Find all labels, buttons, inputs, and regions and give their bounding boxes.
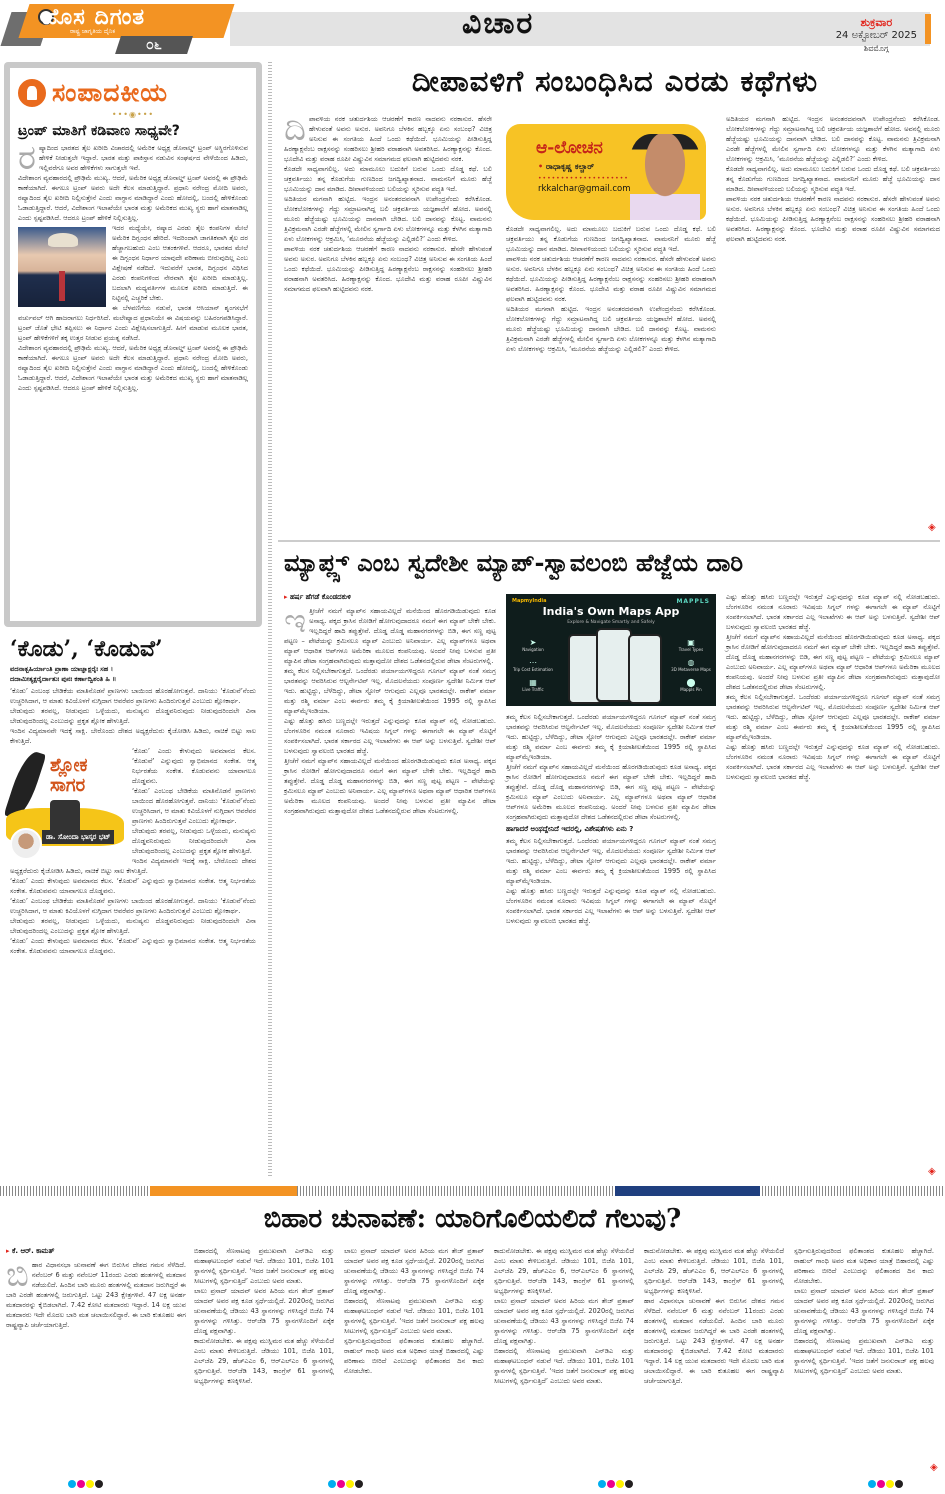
mappls-app-image: MapmyIndia MAPPLS India's Own Maps App E…: [506, 594, 716, 706]
feature-label: Live Traffic: [522, 687, 543, 692]
paragraph: ಸ್ಪರ್ಧಿಸುತ್ತಿರುವುದರಿಂದ ಫಲಿತಾಂಶದ ಕುತೂಹಲ ಹ…: [344, 1336, 484, 1376]
newspaper-name: ಹೊಸ ದಿಗಂತ: [42, 4, 145, 30]
drop-cap: ಬಿ: [6, 1260, 29, 1290]
paragraph: ಹಾರ ವಿಧಾನಸಭಾ ಚುನಾವಣೆ ಈಗ ಬಿರುಸಿನ ದೇಶದ ಗಮನ…: [644, 1296, 784, 1386]
sanskrit-verse: ವದನಾತ್ಬಹಿರ್ಯಾಂತಿ ಪ್ರಾಣಾ ಯಾಚ್ಞಾಕ್ಷರೈಃ ಸಹ …: [10, 664, 256, 684]
maps-column-2: ತಮ್ಮ ಕೆಲಸ ನಿಲ್ಲಿಸಬೇಕಾಗುತ್ತದೆ. ಒಂದೆರಡು ಪರ…: [506, 712, 716, 926]
verse-line: ವದನಾತ್ಬಹಿರ್ಯಾಂತಿ ಪ್ರಾಣಾ ಯಾಚ್ಞಾಕ್ಷರೈಃ ಸಹ …: [10, 664, 256, 674]
dateline: ಶುಕ್ರವಾರ 24 ಅಕ್ಟೋಬರ್ 2025 ಶಿವಮೊಗ್ಗ: [836, 16, 917, 55]
page-number-text: ೦೬: [146, 36, 162, 54]
editorial-body: ರ ಷ್ಯಾದಿಂದ ಭಾರತದ ತೈಲ ಖರೀದಿ ವಿಚಾರದಲ್ಲಿ ಅಮ…: [18, 143, 248, 393]
maps-headline: ಮ್ಯಾಪ್ಲ್ಸ್ ಎಂಬ ಸ್ವದೇಶೀ ಮ್ಯಾಪ್-ಸ್ವಾವಲಂಬಿ …: [284, 548, 944, 577]
byline: ಕೆ. ಆರ್. ಕಾಮತ್: [6, 1246, 186, 1256]
shloka-body: ‘ಕೊಡು’ ಎಂಬಂಥ ಬೇಡಿಕೆಯ ಮಾತಿನೊಡನೆ ಪ್ರಾಣಗಳು …: [10, 686, 256, 956]
editorial-label: ಸಂಪಾದಕೀಯ: [52, 78, 168, 108]
paragraph: ತ್ತೀಚೆಗೆ ನಮಗೆ ಮ್ಯಾಪ್‌ನ ಸಹಾಯವಿಲ್ಲದೆ ಮನೆಯಿ…: [506, 762, 716, 822]
divider-blue-block: [615, 1186, 760, 1196]
maps-column-3: ಎಷ್ಟು ಹೊತ್ತು ಹಸಿರು ಬಣ್ಣದಲ್ಲೇ ಇರುತ್ತದೆ ಎನ…: [726, 592, 940, 782]
diwali-column-2: ಕೊಡದೇ ಸಾಧ್ಯವಾಗಲಿಲ್ಲ. ಅದು ಮಾಮೂಲು ಬದುಕಿಗೆ …: [506, 224, 716, 354]
black-dot: [95, 1480, 103, 1488]
editorial-headline: ಟ್ರಂಪ್ ಮಾತಿಗೆ ಕಡಿವಾಣ ಸಾಧ್ಯವೇ?: [18, 123, 248, 139]
paragraph: ತಮ್ಮ ಕೆಲಸ ನಿಲ್ಲಿಸಬೇಕಾಗುತ್ತದೆ. ಒಂದೆರಡು ಪರ…: [506, 836, 716, 886]
shloka-headline: ‘ಕೊಡು’, ‘ಕೊಡುವೆ’: [10, 636, 256, 662]
bihar-column-3: ಲಾಲು ಪ್ರಸಾದ್ ಯಾದವ್ ಅವರ ಹಿರಿಯ ಮಗ ತೇಜ್ ಪ್ರ…: [344, 1246, 484, 1376]
cyan-dot: [68, 1480, 76, 1488]
page-number: ೦೬: [115, 36, 193, 54]
masthead: ಹೊಸ ದಿಗಂತ ರಾಷ್ಟ್ರ ಜಾಗೃತಿಯ ದೈನಿಕ ೦೬ ವಿಚಾರ…: [0, 0, 945, 48]
paragraph: ಲಾಲು ಪ್ರಸಾದ್ ಯಾದವ್ ಅವರ ಹಿರಿಯ ಮಗ ತೇಜ್ ಪ್ರ…: [494, 1296, 634, 1346]
paragraph: ‘ಕೊಡು’ ಎಂಬಂಥ ಬೇಡಿಕೆಯ ಮಾತಿನೊಡನೆ ಪ್ರಾಣಗಳು …: [10, 686, 256, 706]
feature-label: Mappls Pin: [680, 687, 701, 692]
paragraph: ಪಾವಳಿಯ ನರಕ ಚತುರ್ದಶಿಯ ಆಚರಣೆಗೆ ಕಾರಣ ನಾದವನು…: [726, 194, 940, 244]
feature-label: 3D Metaverse Maps: [671, 667, 711, 672]
feature-label: Travel Types: [679, 647, 703, 652]
verse-line: ದದಾಮೀತ್ಯಕ್ಷರೈರ್ದಾತುಃ ಪುನಃ ಕರ್ಣಾದ್ವಿಶಂತಿ …: [10, 674, 256, 684]
paragraph: ಕೊಡದೇ ಸಾಧ್ಯವಾಗಲಿಲ್ಲ. ಅದು ಮಾಮೂಲು ಬದುಕಿಗೆ …: [506, 224, 716, 254]
alochana-column-badge: ಆ-ಲೋಚನ ರಾಧಾಕೃಷ್ಣ ಕಲ್ಚಾರ್ •••••••••••••••…: [506, 124, 706, 220]
paragraph: ಷ್ಯಾದಿಂದ ಭಾರತದ ತೈಲ ಖರೀದಿ ವಿಚಾರದಲ್ಲಿ ಅಮೆರ…: [18, 143, 248, 173]
ornament-divider: •••◉•••: [18, 110, 248, 119]
route-icon: ⋯: [512, 658, 554, 667]
shloka-sagara-section: ‘ಕೊಡು’, ‘ಕೊಡುವೆ’ ವದನಾತ್ಬಹಿರ್ಯಾಂತಿ ಪ್ರಾಣಾ…: [4, 630, 262, 1178]
author-avatar: [10, 828, 42, 860]
map-pin-icon: ⬤: [670, 678, 712, 687]
traffic-icon: ▦: [512, 678, 554, 687]
masthead-grey-band: [230, 12, 930, 46]
black-dot: [625, 1480, 633, 1488]
diwali-headline: ದೀಪಾವಳಿಗೆ ಸಂಬಂಧಿಸಿದ ಎರಡು ಕಥೆಗಳು: [290, 64, 940, 99]
paragraph: ಎಷ್ಟು ಹೊತ್ತು ಹಸಿರು ಬಣ್ಣದಲ್ಲೇ ಇರುತ್ತದೆ ಎನ…: [726, 742, 940, 782]
feature-label: Trip Cost Estimation: [513, 667, 553, 672]
donald-trump-photo: [18, 227, 106, 307]
maps-column-1: ಹರ್ಷ ಹೆಗಡೆ ಕೊಂಡದಕುಳಿ ಇ ತ್ತೀಚೆಗೆ ನಮಗೆ ಮ್ಯ…: [284, 592, 496, 816]
magenta-dot: [337, 1480, 345, 1488]
paragraph: ಬೇಡುವುದು ತರವಲ್ಲ, ನೀಡುವುದು ಒಳ್ಳೆಯದು, ಮನುಷ…: [10, 706, 256, 726]
paragraph: ಇಂದಿನ ವಿದ್ಯಮಾನವೇ ಇದಕ್ಕೆ ಸಾಕ್ಷಿ. ಬೇರೊಂದು …: [10, 726, 256, 746]
magenta-dot: [877, 1480, 885, 1488]
paragraph: ಬೇಡುವುದು ತರವಲ್ಲ, ನೀಡುವುದು ಒಳ್ಳೆಯದು, ಮನುಷ…: [10, 916, 256, 936]
feature-live-traffic: ▦Live Traffic: [512, 678, 554, 692]
drop-cap: ರ: [18, 143, 36, 173]
paragraph: ಪಾವಳಿಯ ನರಕ ಚತುರ್ದಶಿಯ ಆಚರಣೆಗೆ ಕಾರಣ ನಾದವನು…: [284, 114, 492, 164]
bihar-column-5: ಕಾದುನೋಡಬೇಕು. ಈ ಪಕ್ಷವು ಮುಸ್ಲಿಮರ ಮತ ಹೆಚ್ಚು…: [644, 1246, 784, 1386]
editorial-content: ಸಂಪಾದಕೀಯ •••◉••• ಟ್ರಂಪ್ ಮಾತಿಗೆ ಕಡಿವಾಣ ಸಾ…: [10, 68, 256, 621]
paragraph: ಪಾವಳಿಯ ನರಕ ಚತುರ್ದಶಿಯ ಆಚರಣೆಗೆ ಕಾರಣ ನಾದವನು…: [284, 244, 492, 294]
paragraph: ಕೊಡದೇ ಸಾಧ್ಯವಾಗಲಿಲ್ಲ. ಅದು ಮಾಮೂಲು ಬದುಕಿಗೆ …: [726, 164, 940, 194]
feature-trip-cost: ⋯Trip Cost Estimation: [512, 658, 554, 672]
paragraph: ತ್ತೀಚೆಗೆ ನಮಗೆ ಮ್ಯಾಪ್‌ನ ಸಹಾಯವಿಲ್ಲದೆ ಮನೆಯಿ…: [284, 756, 496, 816]
paragraph: ‘ಕೊಡು’ ಎಂದು ಕೇಳುವುದು ಅವಮಾನದ ಕೆಲಸ. ‘ಕೊಡುವ…: [10, 876, 256, 896]
image-subtitle: Explore & Navigate Smartly and Safely: [506, 620, 716, 625]
paragraph: ಪಾವಳಿಯ ನರಕ ಚತುರ್ದಶಿಯ ಆಚರಣೆಗೆ ಕಾರಣ ನಾದವನು…: [506, 254, 716, 304]
paragraph: ಎಷ್ಟು ಹೊತ್ತು ಹಸಿರು ಬಣ್ಣದಲ್ಲೇ ಇರುತ್ತದೆ ಎನ…: [284, 716, 496, 756]
section-title: ವಿಚಾರ: [462, 6, 534, 41]
author-email: rkkalchar@gmail.com: [538, 184, 631, 194]
bihar-headline: ಬಿಹಾರ ಚುನಾವಣೆ: ಯಾರಿಗೊಲಿಯಲಿದೆ ಗೆಲುವು?: [0, 1204, 945, 1235]
diwali-column-1: ದಿ ಪಾವಳಿಯ ನರಕ ಚತುರ್ದಶಿಯ ಆಚರಣೆಗೆ ಕಾರಣ ನಾದ…: [284, 114, 492, 294]
yellow-dot: [346, 1480, 354, 1488]
paragraph: ‘ಕೊಡು’ ಎಂಬಂಥ ಬೇಡಿಕೆಯ ಮಾತಿನೊಡನೆ ಪ್ರಾಣಗಳು …: [10, 896, 256, 916]
story-end-icon: ◈: [928, 1166, 936, 1177]
weekday: ಶುಕ್ರವಾರ: [836, 16, 917, 29]
drop-cap: ಇ: [284, 606, 306, 636]
editorial-header: ಸಂಪಾದಕೀಯ: [18, 78, 248, 108]
paragraph: ತ್ತೀಚೆಗೆ ನಮಗೆ ಮ್ಯಾಪ್‌ನ ಸಹಾಯವಿಲ್ಲದೆ ಮನೆಯಿ…: [284, 606, 496, 666]
paragraph: ಲಾಲು ಪ್ರಸಾದ್ ಯಾದವ್ ಅವರ ಹಿರಿಯ ಮಗ ತೇಜ್ ಪ್ರ…: [194, 1286, 334, 1336]
yellow-dot: [86, 1480, 94, 1488]
paragraph: ‘ಕೊಡು’ ಎಂದು ಕೇಳುವುದು ಅವಮಾನದ ಕೆಲಸ. ‘ಕೊಡುವ…: [10, 936, 256, 956]
story-end-icon: ◈: [928, 522, 936, 533]
paragraph: ತ್ತೀಚೆಗೆ ನಮಗೆ ಮ್ಯಾಪ್‌ನ ಸಹಾಯವಿಲ್ಲದೆ ಮನೆಯಿ…: [726, 632, 940, 692]
bihar-column-2: ಬಿಹಾರದಲ್ಲಿ ಸೆಣಸಾಟವು ಪ್ರಮುಖವಾಗಿ ಎನ್‌ಡಿಎ ಮ…: [194, 1246, 334, 1386]
paragraph: ಕಾದುನೋಡಬೇಕು. ಈ ಪಕ್ಷವು ಮುಸ್ಲಿಮರ ಮತ ಹೆಚ್ಚು…: [494, 1246, 634, 1296]
divider-orange-block: [150, 1186, 297, 1196]
column-divider: [268, 62, 272, 1178]
drop-cap: ದಿ: [284, 114, 306, 144]
feature-mappls-pin: ⬤Mappls Pin: [670, 678, 712, 692]
paragraph: ವಿದೇಶಾಂಗ ವ್ಯವಹಾರದಲ್ಲಿ ಪ್ರೌಢಿಮೆ ಮುಖ್ಯ. ಆದ…: [18, 173, 248, 223]
paragraph: ಕಾದುನೋಡಬೇಕು. ಈ ಪಕ್ಷವು ಮುಸ್ಲಿಮರ ಮತ ಹೆಚ್ಚು…: [644, 1246, 784, 1296]
magenta-dot: [77, 1480, 85, 1488]
print-registration-marks: [598, 1480, 633, 1488]
paragraph: ಅದಿತಿಯರ ಮಗನಾಗಿ ಹುಟ್ಟಿದ. ಇಂದ್ರನ ಅನಂತರದವನಾ…: [726, 114, 940, 164]
newspaper-tagline: ರಾಷ್ಟ್ರ ಜಾಗೃತಿಯ ದೈನಿಕ: [70, 28, 115, 36]
paragraph: ಹಾರ ವಿಧಾನಸಭಾ ಚುನಾವಣೆ ಈಗ ಬಿರುಸಿನ ದೇಶದ ಗಮನ…: [6, 1260, 186, 1330]
yellow-dot: [616, 1480, 624, 1488]
feature-label: Navigation: [522, 647, 544, 652]
column-name: ಆ-ಲೋಚನ: [536, 138, 603, 158]
paragraph: ಅದಿತಿಯರ ಮಗನಾಗಿ ಹುಟ್ಟಿದ. ಇಂದ್ರನ ಅನಂತರದವನಾ…: [506, 304, 716, 354]
diwali-column-3: ಅದಿತಿಯರ ಮಗನಾಗಿ ಹುಟ್ಟಿದ. ಇಂದ್ರನ ಅನಂತರದವನಾ…: [726, 114, 940, 244]
black-dot: [895, 1480, 903, 1488]
paragraph: ಲಾಲು ಪ್ರಸಾದ್ ಯಾದವ್ ಅವರ ಹಿರಿಯ ಮಗ ತೇಜ್ ಪ್ರ…: [344, 1246, 484, 1296]
cyan-dot: [868, 1480, 876, 1488]
story-separator: [278, 540, 940, 542]
feature-3d-maps: ◍3D Metaverse Maps: [670, 658, 712, 672]
paragraph: ತಮ್ಮ ಕೆಲಸ ನಿಲ್ಲಿಸಬೇಕಾಗುತ್ತದೆ. ಒಂದೆರಡು ಪರ…: [284, 666, 496, 716]
cyan-dot: [598, 1480, 606, 1488]
bihar-column-4: ಕಾದುನೋಡಬೇಕು. ಈ ಪಕ್ಷವು ಮುಸ್ಲಿಮರ ಮತ ಹೆಚ್ಚು…: [494, 1246, 634, 1386]
paragraph: ಬಿಹಾರದಲ್ಲಿ ಸೆಣಸಾಟವು ಪ್ರಮುಖವಾಗಿ ಎನ್‌ಡಿಎ ಮ…: [494, 1346, 634, 1386]
image-title: India's Own Maps App: [506, 605, 716, 618]
cyan-dot: [328, 1480, 336, 1488]
shloka-sagara-column-logo: ಶ್ಲೋಕ ಸಾಗರ ಡಾ. ಸೋಂದಾ ಭಾಸ್ಕರ ಭಟ್: [6, 750, 126, 858]
paragraph: ಎಷ್ಟು ಹೊತ್ತು ಹಸಿರು ಬಣ್ಣದಲ್ಲೇ ಇರುತ್ತದೆ ಎನ…: [506, 886, 716, 926]
metaverse-icon: ◍: [670, 658, 712, 667]
column-author: ರಾಧಾಕೃಷ್ಣ ಕಲ್ಚಾರ್: [538, 162, 594, 172]
paragraph: ವಿದೇಶಾಂಗ ವ್ಯವಹಾರದಲ್ಲಿ ಪ್ರೌಢಿಮೆ ಮುಖ್ಯ. ಆದ…: [18, 343, 248, 393]
phone-mockup-center: [596, 628, 632, 702]
vehicle-icon: ▣: [670, 638, 712, 647]
paragraph: ಲಾಲು ಪ್ರಸಾದ್ ಯಾದವ್ ಅವರ ಹಿರಿಯ ಮಗ ತೇಜ್ ಪ್ರ…: [794, 1286, 934, 1336]
dotted-divider: ••••••••••••••••••••: [538, 175, 629, 182]
navigation-icon: ➤: [512, 638, 554, 647]
paragraph: ಬಿಹಾರದಲ್ಲಿ ಸೆಣಸಾಟವು ಪ್ರಮುಖವಾಗಿ ಎನ್‌ಡಿಎ ಮ…: [344, 1296, 484, 1336]
black-dot: [355, 1480, 363, 1488]
edition-city: ಶಿವಮೊಗ್ಗ: [836, 42, 917, 55]
paragraph: ಕಾದುನೋಡಬೇಕು. ಈ ಪಕ್ಷವು ಮುಸ್ಲಿಮರ ಮತ ಹೆಚ್ಚು…: [194, 1336, 334, 1386]
masthead-orange-accent: [925, 14, 931, 44]
paragraph: ಈ ಬೆಳವಣಿಗೆಯ ನಡುವೆ, ಭಾರತ ಆಸಿಯಾನ್ ಶೃಂಗಸಭೆಗ…: [18, 303, 248, 343]
paragraph: ಬಿಹಾರದಲ್ಲಿ ಸೆಣಸಾಟವು ಪ್ರಮುಖವಾಗಿ ಎನ್‌ಡಿಎ ಮ…: [194, 1246, 334, 1286]
column-label: ಶ್ಲೋಕ ಸಾಗರ: [50, 756, 126, 796]
phone-mockup-right: [628, 634, 662, 704]
editorial-emblem-icon: [18, 79, 46, 107]
mappls-logo: MAPPLS: [676, 598, 710, 605]
paragraph: ಎಷ್ಟು ಹೊತ್ತು ಹಸಿರು ಬಣ್ಣದಲ್ಲೇ ಇರುತ್ತದೆ ಎನ…: [726, 592, 940, 632]
paragraph: ತಮ್ಮ ಕೆಲಸ ನಿಲ್ಲಿಸಬೇಕಾಗುತ್ತದೆ. ಒಂದೆರಡು ಪರ…: [506, 712, 716, 762]
print-registration-marks: [328, 1480, 363, 1488]
author-photo: [630, 134, 700, 220]
subheading: ಹಾಗಾದರೆ ಅಂಥದ್ದೇನಿದೆ ಇದರಲ್ಲಿ, ವಿಶೇಷತೆಗಳು …: [506, 824, 716, 834]
paragraph: ಬಿಹಾರದಲ್ಲಿ ಸೆಣಸಾಟವು ಪ್ರಮುಖವಾಗಿ ಎನ್‌ಡಿಎ ಮ…: [794, 1336, 934, 1376]
date: 24 ಅಕ್ಟೋಬರ್ 2025: [836, 29, 917, 42]
editorial-section: ಸಂಪಾದಕೀಯ •••◉••• ಟ್ರಂಪ್ ಮಾತಿಗೆ ಕಡಿವಾಣ ಸಾ…: [4, 62, 262, 627]
paragraph: ಇಂದಿನ ವಿದ್ಯಮಾನವೇ ಇದಕ್ಕೆ ಸಾಕ್ಷಿ. ಬೇರೊಂದು …: [10, 856, 256, 876]
paragraph: ತಮ್ಮ ಕೆಲಸ ನಿಲ್ಲಿಸಬೇಕಾಗುತ್ತದೆ. ಒಂದೆರಡು ಪರ…: [726, 692, 940, 742]
mapmyindia-logo: MapmyIndia: [512, 598, 547, 604]
paragraph: ಅದಿತಿಯರ ಮಗನಾಗಿ ಹುಟ್ಟಿದ. ಇಂದ್ರನ ಅನಂತರದವನಾ…: [284, 194, 492, 244]
feature-navigation: ➤Navigation: [512, 638, 554, 652]
bihar-column-6: ಸ್ಪರ್ಧಿಸುತ್ತಿರುವುದರಿಂದ ಫಲಿತಾಂಶದ ಕುತೂಹಲ ಹ…: [794, 1246, 934, 1376]
print-registration-marks: [868, 1480, 903, 1488]
yellow-dot: [886, 1480, 894, 1488]
magenta-dot: [607, 1480, 615, 1488]
feature-travel-types: ▣Travel Types: [670, 638, 712, 652]
story-end-icon: ◈: [930, 1462, 938, 1473]
print-registration-marks: [68, 1480, 103, 1488]
paragraph: ಸ್ಪರ್ಧಿಸುತ್ತಿರುವುದರಿಂದ ಫಲಿತಾಂಶದ ಕುತೂಹಲ ಹ…: [794, 1246, 934, 1286]
section-divider-bar: [0, 1186, 945, 1196]
author-name: ಡಾ. ಸೋಂದಾ ಭಾಸ್ಕರ ಭಟ್: [42, 830, 114, 844]
paragraph: ಕೊಡದೇ ಸಾಧ್ಯವಾಗಲಿಲ್ಲ. ಅದು ಮಾಮೂಲು ಬದುಕಿಗೆ …: [284, 164, 492, 194]
byline: ಹರ್ಷ ಹೆಗಡೆ ಕೊಂಡದಕುಳಿ: [284, 592, 496, 602]
bihar-column-1: ಕೆ. ಆರ್. ಕಾಮತ್ ಬಿ ಹಾರ ವಿಧಾನಸಭಾ ಚುನಾವಣೆ ಈ…: [6, 1246, 186, 1330]
